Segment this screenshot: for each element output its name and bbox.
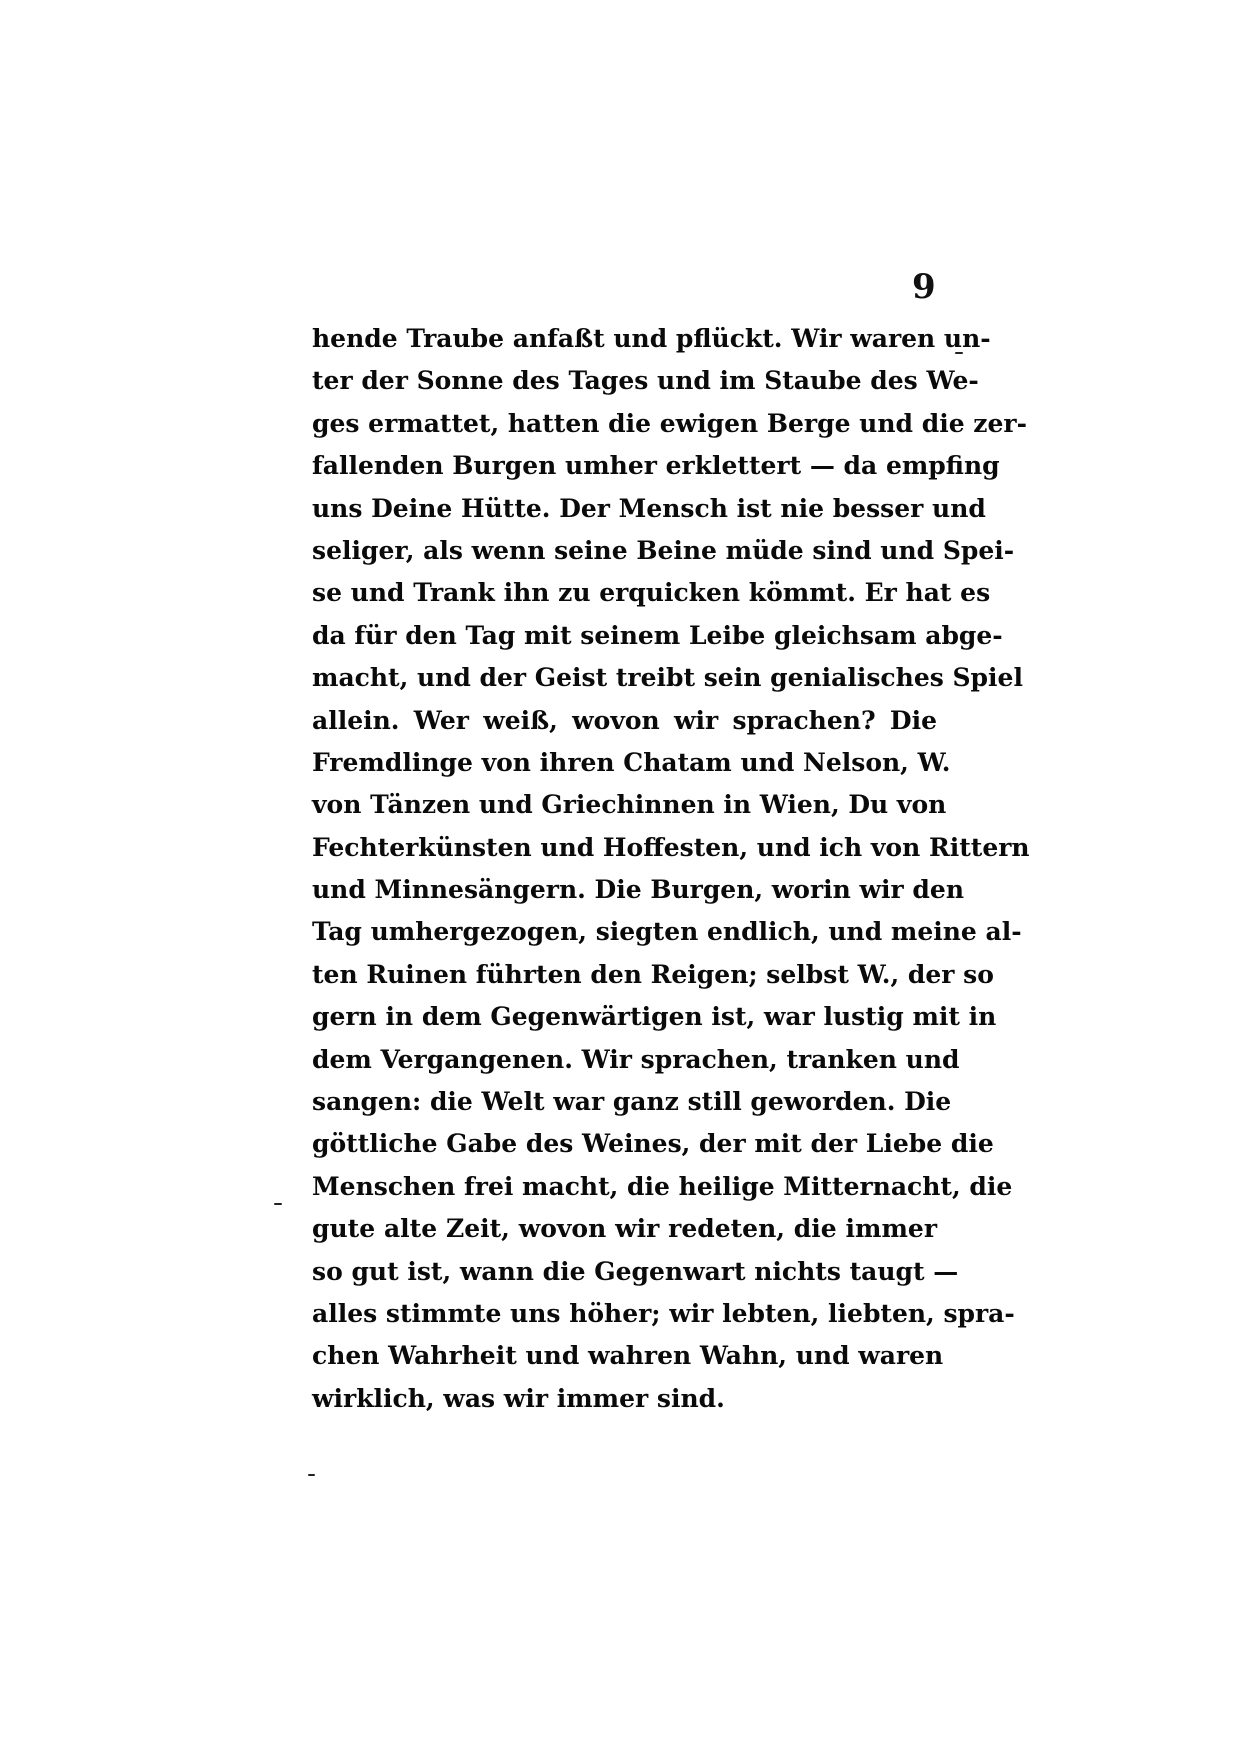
text-line: da für den Tag mit seinem Leibe gleichsa…	[312, 615, 937, 657]
text-line: wirklich, was wir immer sind.	[312, 1378, 937, 1420]
text-line: hende Traube anfaßt und pflückt. Wir war…	[312, 318, 937, 360]
text-line: gern in dem Gegenwärtigen ist, war lusti…	[312, 996, 937, 1038]
text-line: Fechterkünsten und Hoffesten, und ich vo…	[312, 827, 937, 869]
scan-mark	[308, 1474, 315, 1476]
text-line: ten Ruinen führten den Reigen; selbst W.…	[312, 954, 937, 996]
text-line: seliger, als wenn seine Beine müde sind …	[312, 530, 937, 572]
text-line: chen Wahrheit und wahren Wahn, und waren	[312, 1335, 937, 1377]
book-page: 9 hende Traube anfaßt und pflückt. Wir w…	[0, 0, 1241, 1754]
text-line: macht, und der Geist treibt sein geniali…	[312, 657, 937, 699]
text-line: göttliche Gabe des Weines, der mit der L…	[312, 1123, 937, 1165]
text-line: gute alte Zeit, wovon wir redeten, die i…	[312, 1208, 937, 1250]
page-number: 9	[912, 270, 936, 304]
text-line: dem Vergangenen. Wir sprachen, tranken u…	[312, 1039, 937, 1081]
text-line: fallenden Burgen umher erklettert — da e…	[312, 445, 937, 487]
text-line: sangen: die Welt war ganz still geworden…	[312, 1081, 937, 1123]
text-line: uns Deine Hütte. Der Mensch ist nie bess…	[312, 488, 937, 530]
text-line: Tag umhergezogen, siegten endlich, und m…	[312, 911, 937, 953]
body-text: hende Traube anfaßt und pflückt. Wir war…	[312, 318, 937, 1420]
scan-mark	[274, 1203, 282, 1205]
text-line: ges ermattet, hatten die ewigen Berge un…	[312, 403, 937, 445]
text-line: so gut ist, wann die Gegenwart nichts ta…	[312, 1251, 937, 1293]
text-line: Fremdlinge von ihren Chatam und Nelson, …	[312, 742, 937, 784]
text-line: ter der Sonne des Tages und im Staube de…	[312, 360, 937, 402]
text-line: allein. Wer weiß, wovon wir sprachen? Di…	[312, 700, 937, 742]
text-line: alles stimmte uns höher; wir lebten, lie…	[312, 1293, 937, 1335]
text-line: Menschen frei macht, die heilige Mittern…	[312, 1166, 937, 1208]
text-line: se und Trank ihn zu erquicken kömmt. Er …	[312, 572, 937, 614]
text-line: und Minnesängern. Die Burgen, worin wir …	[312, 869, 937, 911]
scan-mark	[955, 352, 963, 354]
text-line: von Tänzen und Griechinnen in Wien, Du v…	[312, 784, 937, 826]
